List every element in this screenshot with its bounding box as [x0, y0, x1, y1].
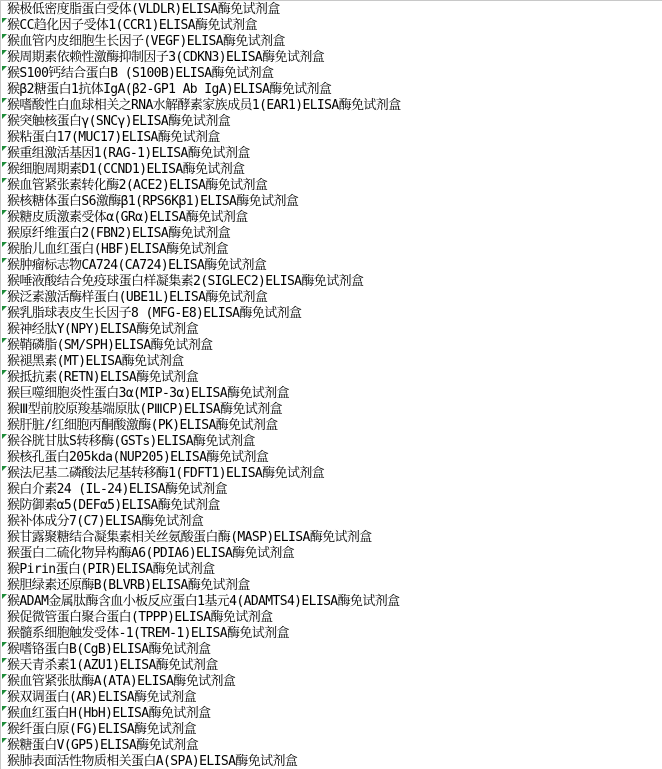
- error-indicator-icon: [2, 738, 7, 743]
- cell-text: 猴胎儿血红蛋白(HBF)ELISA酶免试剂盒: [7, 242, 228, 257]
- cell-text: 猴谷胱甘肽S转移酶(GSTs)ELISA酶免试剂盒: [7, 434, 255, 449]
- error-indicator-icon: [2, 178, 7, 183]
- table-cell[interactable]: 猴细胞周期素D1(CCND1)ELISA酶免试剂盒: [1, 162, 401, 178]
- cell-text: 猴嗜酸性白血球相关之RNA水解酵素家族成员1(EAR1)ELISA酶免试剂盒: [7, 98, 401, 113]
- cell-text: 猴褪黑素(MT)ELISA酶免试剂盒: [7, 354, 184, 369]
- table-cell[interactable]: 猴肿瘤标志物CA724(CA724)ELISA酶免试剂盒: [1, 258, 401, 274]
- table-cell[interactable]: 猴糖皮质激素受体α(GRα)ELISA酶免试剂盒: [1, 210, 401, 226]
- cell-text: 猴肿瘤标志物CA724(CA724)ELISA酶免试剂盒: [7, 258, 266, 273]
- table-cell[interactable]: 猴巨噬细胞炎性蛋白3α(MIP-3α)ELISA酶免试剂盒: [1, 386, 401, 402]
- error-indicator-icon: [2, 690, 7, 695]
- error-indicator-icon: [2, 674, 7, 679]
- table-cell[interactable]: 猴ADAM金属肽酶含血小板反应蛋白1基元4(ADAMTS4)ELISA酶免试剂盒: [1, 594, 401, 610]
- table-cell[interactable]: 猴重组激活基因1(RAG-1)ELISA酶免试剂盒: [1, 146, 401, 162]
- table-cell[interactable]: 猴甘露聚糖结合凝集素相关丝氨酸蛋白酶(MASP)ELISA酶免试剂盒: [1, 530, 401, 546]
- cell-text: 猴唾液酸结合免疫球蛋白样凝集素2(SIGLEC2)ELISA酶免试剂盒: [7, 274, 363, 289]
- table-cell[interactable]: 猴肝脏/红细胞丙酮酸激酶(PK)ELISA酶免试剂盒: [1, 418, 401, 434]
- table-cell[interactable]: 猴唾液酸结合免疫球蛋白样凝集素2(SIGLEC2)ELISA酶免试剂盒: [1, 274, 401, 290]
- error-indicator-icon: [2, 594, 7, 599]
- table-cell[interactable]: 猴补体成分7(C7)ELISA酶免试剂盒: [1, 514, 401, 530]
- cell-text: 猴白介素24 (IL-24)ELISA酶免试剂盒: [7, 482, 227, 497]
- cell-text: 猴促微管蛋白聚合蛋白(TPPP)ELISA酶免试剂盒: [7, 610, 273, 625]
- cell-text: 猴Pirin蛋白(PIR)ELISA酶免试剂盒: [7, 562, 215, 577]
- table-cell[interactable]: 猴嗜铬蛋白B(CgB)ELISA酶免试剂盒: [1, 642, 401, 658]
- table-cell[interactable]: 猴胎儿血红蛋白(HBF)ELISA酶免试剂盒: [1, 242, 401, 258]
- cell-text: 猴粘蛋白17(MUC17)ELISA酶免试剂盒: [7, 130, 220, 145]
- cell-text: 猴血红蛋白H(HbH)ELISA酶免试剂盒: [7, 706, 211, 721]
- cell-text: 猴核糖体蛋白S6激酶β1(RPS6Kβ1)ELISA酶免试剂盒: [7, 194, 298, 209]
- table-cell[interactable]: 猴血管紧张肽酶A(ATA)ELISA酶免试剂盒: [1, 674, 401, 690]
- spreadsheet-grid: 猴极低密度脂蛋白受体(VLDLR)ELISA酶免试剂盒猴CC趋化因子受体1(CC…: [0, 0, 662, 769]
- table-cell[interactable]: 猴神经肽Y(NPY)ELISA酶免试剂盒: [1, 322, 401, 338]
- error-indicator-icon: [2, 50, 7, 55]
- cell-text: 猴巨噬细胞炎性蛋白3α(MIP-3α)ELISA酶免试剂盒: [7, 386, 289, 401]
- table-cell[interactable]: 猴Pirin蛋白(PIR)ELISA酶免试剂盒: [1, 562, 401, 578]
- error-indicator-icon: [2, 338, 7, 343]
- error-indicator-icon: [2, 242, 7, 247]
- table-cell[interactable]: 猴抵抗素(RETN)ELISA酶免试剂盒: [1, 370, 401, 386]
- cell-text: 猴CC趋化因子受体1(CCR1)ELISA酶免试剂盒: [7, 18, 257, 33]
- error-indicator-icon: [2, 722, 7, 727]
- table-cell[interactable]: 猴促微管蛋白聚合蛋白(TPPP)ELISA酶免试剂盒: [1, 610, 401, 626]
- cell-text: 猴S100钙结合蛋白B (S100B)ELISA酶免试剂盒: [7, 66, 273, 81]
- table-cell[interactable]: 猴白介素24 (IL-24)ELISA酶免试剂盒: [1, 482, 401, 498]
- cell-text: 猴重组激活基因1(RAG-1)ELISA酶免试剂盒: [7, 146, 250, 161]
- error-indicator-icon: [2, 306, 7, 311]
- table-cell[interactable]: 猴CC趋化因子受体1(CCR1)ELISA酶免试剂盒: [1, 18, 401, 34]
- cell-text: 猴髓系细胞触发受体-1(TREM-1)ELISA酶免试剂盒: [7, 626, 289, 641]
- cell-text: 猴胆绿素还原酶B(BLVRB)ELISA酶免试剂盒: [7, 578, 250, 593]
- table-cell[interactable]: 猴粘蛋白17(MUC17)ELISA酶免试剂盒: [1, 130, 401, 146]
- error-indicator-icon: [2, 258, 7, 263]
- cell-text: 猴血管紧张肽酶A(ATA)ELISA酶免试剂盒: [7, 674, 235, 689]
- table-cell[interactable]: 猴血红蛋白H(HbH)ELISA酶免试剂盒: [1, 706, 401, 722]
- cell-text: 猴天青杀素1(AZU1)ELISA酶免试剂盒: [7, 658, 218, 673]
- cell-text: 猴ADAM金属肽酶含血小板反应蛋白1基元4(ADAMTS4)ELISA酶免试剂盒: [7, 594, 400, 609]
- table-cell[interactable]: 猴胆绿素还原酶B(BLVRB)ELISA酶免试剂盒: [1, 578, 401, 594]
- cell-text: 猴极低密度脂蛋白受体(VLDLR)ELISA酶免试剂盒: [7, 2, 280, 17]
- error-indicator-icon: [2, 370, 7, 375]
- cell-text: 猴蛋白二硫化物异构酶A6(PDIA6)ELISA酶免试剂盒: [7, 546, 294, 561]
- error-indicator-icon: [2, 34, 7, 39]
- cell-text: 猴糖皮质激素受体α(GRα)ELISA酶免试剂盒: [7, 210, 248, 225]
- cell-text: 猴法尼基二磷酸法尼基转移酶1(FDFT1)ELISA酶免试剂盒: [7, 466, 324, 481]
- error-indicator-icon: [2, 658, 7, 663]
- error-indicator-icon: [2, 18, 7, 23]
- cell-text: 猴神经肽Y(NPY)ELISA酶免试剂盒: [7, 322, 198, 337]
- cell-text: 猴抵抗素(RETN)ELISA酶免试剂盒: [7, 370, 198, 385]
- cell-text: 猴原纤维蛋白2(FBN2)ELISA酶免试剂盒: [7, 226, 230, 241]
- cell-text: 猴双调蛋白(AR)ELISA酶免试剂盒: [7, 690, 196, 705]
- error-indicator-icon: [2, 114, 7, 119]
- error-indicator-icon: [2, 98, 7, 103]
- table-cell[interactable]: 猴天青杀素1(AZU1)ELISA酶免试剂盒: [1, 658, 401, 674]
- table-cell[interactable]: 猴鞘磷脂(SM/SPH)ELISA酶免试剂盒: [1, 338, 401, 354]
- error-indicator-icon: [2, 66, 7, 71]
- error-indicator-icon: [2, 162, 7, 167]
- error-indicator-icon: [2, 642, 7, 647]
- cell-text: 猴泛素激活酶样蛋白(UBE1L)ELISA酶免试剂盒: [7, 290, 267, 305]
- cell-text: 猴补体成分7(C7)ELISA酶免试剂盒: [7, 514, 203, 529]
- table-cell[interactable]: 猴血管内皮细胞生长因子(VEGF)ELISA酶免试剂盒: [1, 34, 401, 50]
- table-cell[interactable]: 猴S100钙结合蛋白B (S100B)ELISA酶免试剂盒: [1, 66, 401, 82]
- cell-text: 猴核孔蛋白205kda(NUP205)ELISA酶免试剂盒: [7, 450, 268, 465]
- error-indicator-icon: [2, 434, 7, 439]
- cell-text: 猴甘露聚糖结合凝集素相关丝氨酸蛋白酶(MASP)ELISA酶免试剂盒: [7, 530, 372, 545]
- table-cell[interactable]: 猴原纤维蛋白2(FBN2)ELISA酶免试剂盒: [1, 226, 401, 242]
- table-cell[interactable]: 猴泛素激活酶样蛋白(UBE1L)ELISA酶免试剂盒: [1, 290, 401, 306]
- table-cell[interactable]: 猴防御素α5(DEFα5)ELISA酶免试剂盒: [1, 498, 401, 514]
- cell-text: 猴防御素α5(DEFα5)ELISA酶免试剂盒: [7, 498, 220, 513]
- error-indicator-icon: [2, 706, 7, 711]
- cell-text: 猴细胞周期素D1(CCND1)ELISA酶免试剂盒: [7, 162, 245, 177]
- table-cell[interactable]: 猴纤蛋白原(FG)ELISA酶免试剂盒: [1, 722, 401, 738]
- cell-text: 猴血管紧张素转化酶2(ACE2)ELISA酶免试剂盒: [7, 178, 267, 193]
- cell-text: 猴嗜铬蛋白B(CgB)ELISA酶免试剂盒: [7, 642, 211, 657]
- cell-text: 猴肝脏/红细胞丙酮酸激酶(PK)ELISA酶免试剂盒: [7, 418, 278, 433]
- error-indicator-icon: [2, 210, 7, 215]
- cell-text: 猴周期素依赖性激酶抑制因子3(CDKN3)ELISA酶免试剂盒: [7, 50, 324, 65]
- error-indicator-icon: [2, 290, 7, 295]
- cell-text: 猴糖蛋白V(GP5)ELISA酶免试剂盒: [7, 738, 198, 753]
- cell-text: 猴血管内皮细胞生长因子(VEGF)ELISA酶免试剂盒: [7, 34, 285, 49]
- table-cell[interactable]: 猴血管紧张素转化酶2(ACE2)ELISA酶免试剂盒: [1, 178, 401, 194]
- cell-text: 猴乳脂球表皮生长因子8 (MFG-E8)ELISA酶免试剂盒: [7, 306, 301, 321]
- table-cell[interactable]: 猴核糖体蛋白S6激酶β1(RPS6Kβ1)ELISA酶免试剂盒: [1, 194, 401, 210]
- cell-text: 猴肺表面活性物质相关蛋白A(SPA)ELISA酶免试剂盒: [7, 754, 297, 769]
- table-cell[interactable]: 猴蛋白二硫化物异构酶A6(PDIA6)ELISA酶免试剂盒: [1, 546, 401, 562]
- table-cell[interactable]: 猴嗜酸性白血球相关之RNA水解酵素家族成员1(EAR1)ELISA酶免试剂盒: [1, 98, 401, 114]
- table-cell[interactable]: 猴周期素依赖性激酶抑制因子3(CDKN3)ELISA酶免试剂盒: [1, 50, 401, 66]
- table-cell[interactable]: 猴髓系细胞触发受体-1(TREM-1)ELISA酶免试剂盒: [1, 626, 401, 642]
- table-cell[interactable]: 猴Ⅲ型前胶原羧基端原肽(PⅢCP)ELISA酶免试剂盒: [1, 402, 401, 418]
- cell-column: 猴极低密度脂蛋白受体(VLDLR)ELISA酶免试剂盒猴CC趋化因子受体1(CC…: [1, 2, 401, 769]
- table-cell[interactable]: 猴糖蛋白V(GP5)ELISA酶免试剂盒: [1, 738, 401, 754]
- table-cell[interactable]: 猴谷胱甘肽S转移酶(GSTs)ELISA酶免试剂盒: [1, 434, 401, 450]
- table-cell[interactable]: 猴乳脂球表皮生长因子8 (MFG-E8)ELISA酶免试剂盒: [1, 306, 401, 322]
- table-cell[interactable]: 猴突触核蛋白γ(SNCγ)ELISA酶免试剂盒: [1, 114, 401, 130]
- table-cell[interactable]: 猴褪黑素(MT)ELISA酶免试剂盒: [1, 354, 401, 370]
- cell-text: 猴鞘磷脂(SM/SPH)ELISA酶免试剂盒: [7, 338, 213, 353]
- table-cell[interactable]: 猴β2糖蛋白1抗体IgA(β2-GP1 Ab IgA)ELISA酶免试剂盒: [1, 82, 401, 98]
- cell-text: 猴β2糖蛋白1抗体IgA(β2-GP1 Ab IgA)ELISA酶免试剂盒: [7, 82, 331, 97]
- table-cell[interactable]: 猴极低密度脂蛋白受体(VLDLR)ELISA酶免试剂盒: [1, 2, 401, 18]
- error-indicator-icon: [2, 466, 7, 471]
- cell-text: 猴突触核蛋白γ(SNCγ)ELISA酶免试剂盒: [7, 114, 230, 129]
- table-cell[interactable]: 猴核孔蛋白205kda(NUP205)ELISA酶免试剂盒: [1, 450, 401, 466]
- error-indicator-icon: [2, 146, 7, 151]
- cell-text: 猴纤蛋白原(FG)ELISA酶免试剂盒: [7, 722, 196, 737]
- table-cell[interactable]: 猴双调蛋白(AR)ELISA酶免试剂盒: [1, 690, 401, 706]
- table-cell[interactable]: 猴法尼基二磷酸法尼基转移酶1(FDFT1)ELISA酶免试剂盒: [1, 466, 401, 482]
- table-cell[interactable]: 猴肺表面活性物质相关蛋白A(SPA)ELISA酶免试剂盒: [1, 754, 401, 769]
- cell-text: 猴Ⅲ型前胶原羧基端原肽(PⅢCP)ELISA酶免试剂盒: [7, 402, 282, 417]
